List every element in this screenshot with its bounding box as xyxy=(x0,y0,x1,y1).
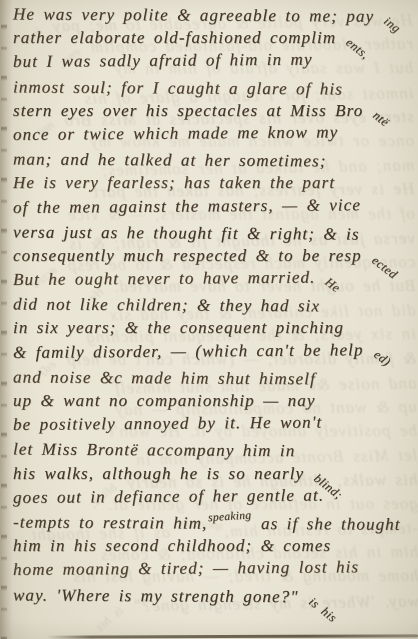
line-text: stern eyes over his spectacles at Miss B… xyxy=(13,101,363,120)
manuscript-line: but I was sadly afraid of him in my xyxy=(13,47,416,74)
line-text: goes out in defiance of her gentle at. xyxy=(13,485,324,506)
line-text: and noise &c made him shut himself xyxy=(13,367,316,388)
line-text: his walks, although he is so nearly xyxy=(13,464,304,483)
binding-gutter xyxy=(0,0,12,639)
manuscript-line: did not like children; & they had six xyxy=(13,293,416,320)
manuscript-line: inmost soul; for I caught a glare of his xyxy=(13,75,416,102)
manuscript-line: & family disorder, — (which can't be hel… xyxy=(13,337,416,364)
line-text: -tempts to restrain him, xyxy=(13,512,208,532)
manuscript-line: He was very polite & agreeable to me; pa… xyxy=(13,3,416,30)
manuscript-line: in six years; & the consequent pinching xyxy=(13,316,416,340)
manuscript-line: once or twice which made me know my xyxy=(13,120,416,147)
line-text: let Miss Brontë accompany him in xyxy=(13,440,295,461)
line-text: versa just as he thought fit & right; & … xyxy=(13,222,360,243)
line-text: of the men against the masters, — & vice xyxy=(13,195,361,217)
manuscript-line: But he ought never to have married.He xyxy=(13,265,416,292)
manuscript-lines: He was very polite & agreeable to me; pa… xyxy=(13,2,416,607)
interlinear-insertion: speaking xyxy=(208,503,253,530)
line-text-continued: as if she thought xyxy=(253,514,401,534)
manuscript-line: man; and he talked at her sometimes; xyxy=(13,148,416,175)
margin-overflow-text: is his xyxy=(302,590,342,628)
line-text: way. 'Where is my strength gone?" xyxy=(13,585,299,606)
line-text: once or twice which made me know my xyxy=(13,122,338,144)
line-text: rather elaborate old-fashioned complim xyxy=(13,28,336,47)
manuscript-line: way. 'Where is my strength gone?"is his xyxy=(13,583,416,610)
line-text: him in his second childhood; & comes xyxy=(13,536,331,555)
line-text: But he ought never to have married. xyxy=(13,268,316,289)
line-text: in six years; & the consequent pinching xyxy=(13,318,344,337)
manuscript-line: stern eyes over his spectacles at Miss B… xyxy=(13,99,416,123)
line-text: did not like children; & they had six xyxy=(13,295,320,316)
manuscript-line: let Miss Brontë accompany him in xyxy=(13,438,416,465)
line-text: consequently much respected & to be resp xyxy=(13,246,362,265)
manuscript-line: -tempts to restrain him,speaking as if s… xyxy=(13,510,416,537)
manuscript-page: He was very polite & agreeable to me; pa… xyxy=(0,0,418,639)
line-text: & family disorder, — (which can't be hel… xyxy=(13,340,364,362)
manuscript-line: home moaning & tired; — having lost his xyxy=(13,555,416,582)
manuscript-line: and noise &c made him shut himself xyxy=(13,365,416,392)
line-text: but I was sadly afraid of him in my xyxy=(13,50,313,71)
page-bottom-edge xyxy=(46,634,418,638)
line-text: He is very fearless; has taken the part xyxy=(13,173,335,192)
manuscript-line: of the men against the masters, — & vice xyxy=(13,192,416,219)
line-text: up & want no companionship — nay xyxy=(13,391,316,410)
manuscript-line: versa just as he thought fit & right; & … xyxy=(13,220,416,247)
manuscript-line: He is very fearless; has taken the part xyxy=(13,171,416,195)
manuscript-line: his walks, although he is so nearlyblind… xyxy=(13,462,416,486)
manuscript-line: be positively annoyed by it. He won't xyxy=(13,410,416,437)
line-text: home moaning & tired; — having lost his xyxy=(13,558,359,580)
line-text: He was very polite & agreeable to me; pa… xyxy=(13,5,374,26)
line-text: be positively annoyed by it. He won't xyxy=(13,413,322,434)
line-text: inmost soul; for I caught a glare of his xyxy=(13,77,343,98)
line-text: man; and he talked at her sometimes; xyxy=(13,150,327,171)
